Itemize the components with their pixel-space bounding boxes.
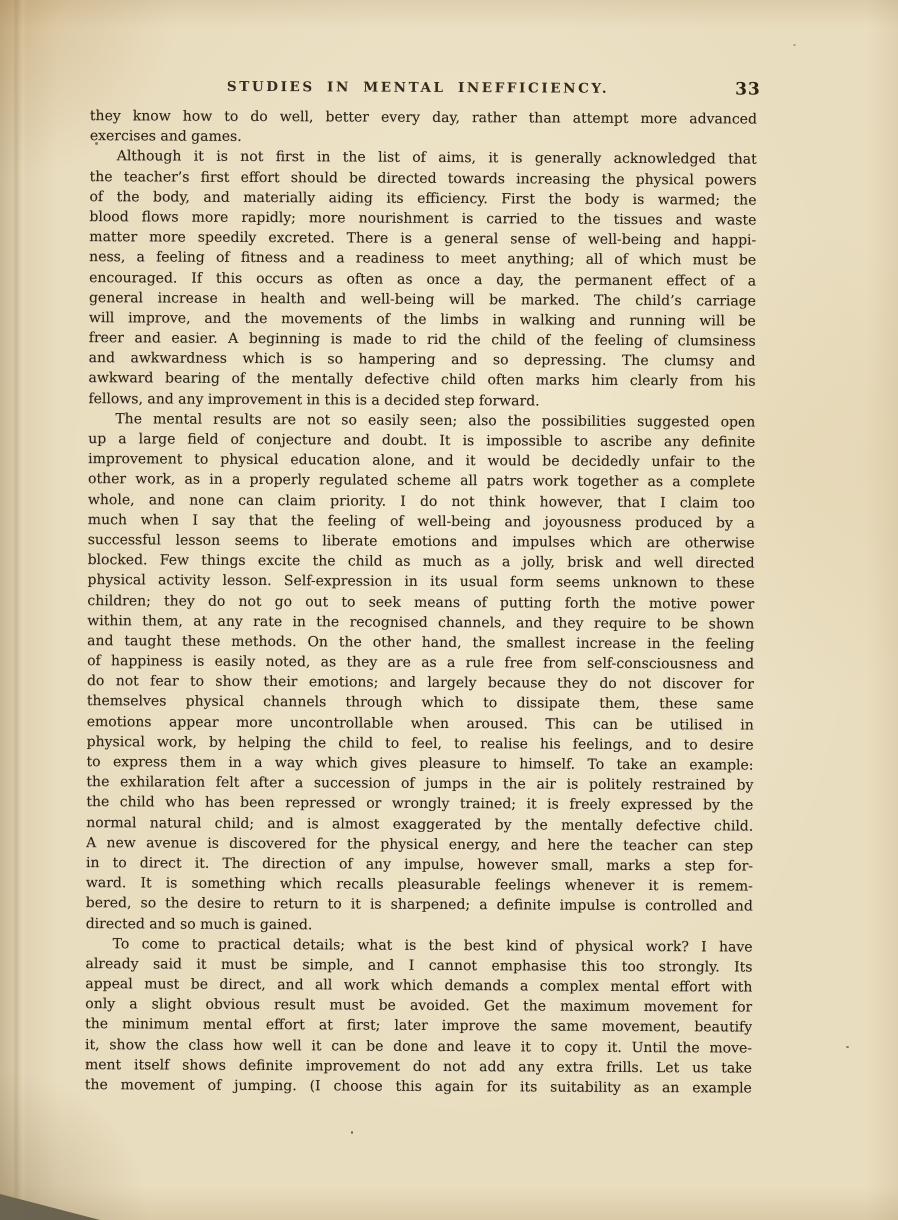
screenshot-root: { "page": { "running_head": "STUDIES IN … [0, 0, 898, 1220]
text-block: they know how to do well, better every d… [85, 106, 757, 1099]
text-line: the movement of jumping. (I choose this … [85, 1075, 752, 1099]
text-line: physical activity lesson. Self-expressio… [87, 570, 754, 594]
page-number: 33 [735, 79, 775, 99]
page-content: STUDIES IN MENTAL INEFFICIENCY. 33 they … [0, 0, 898, 1220]
text-line: Although it is not first in the list of … [90, 146, 757, 170]
text-line: ness, a feeling of fitness and a readine… [89, 247, 756, 271]
running-head: STUDIES IN MENTAL INEFFICIENCY. [90, 78, 746, 97]
text-line: other work, as in a properly regulated s… [88, 469, 755, 493]
book-page: STUDIES IN MENTAL INEFFICIENCY. 33 they … [0, 0, 898, 1220]
text-line: bered, so the desire to return to it is … [86, 893, 753, 917]
text-line: the child who has been repressed or wron… [86, 792, 753, 816]
